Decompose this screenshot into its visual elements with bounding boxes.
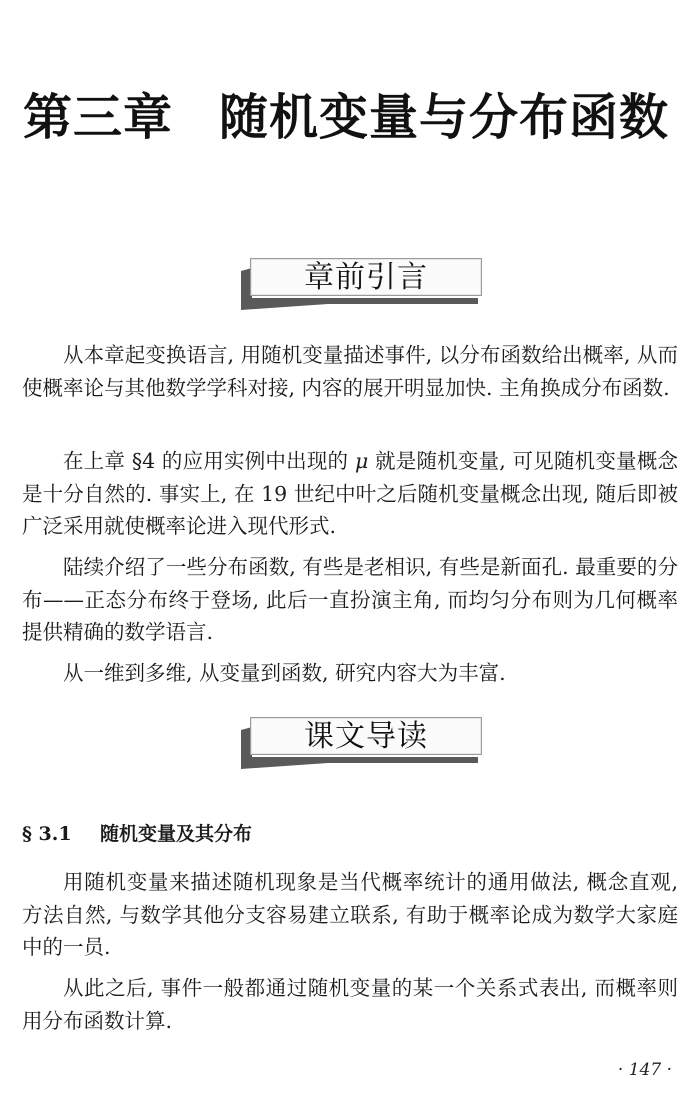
banner-chapter-intro: 章前引言 <box>238 258 486 318</box>
intro-paragraph: 从一维到多维, 从变量到函数, 研究内容大为丰富. <box>22 657 678 690</box>
banner-label: 章前引言 <box>250 258 482 296</box>
banner-label: 课文导读 <box>250 717 482 755</box>
chapter-number: 第三章 <box>23 88 173 146</box>
intro-paragraph: 陆续介绍了一些分布函数, 有些是老相识, 有些是新面孔. 最重要的分布——正态分… <box>22 551 678 649</box>
section-title: 随机变量及其分布 <box>100 823 252 845</box>
chapter-title: 第三章随机变量与分布函数 <box>0 82 692 152</box>
section-heading: § 3.1随机变量及其分布 <box>22 820 252 848</box>
section-paragraph: 用随机变量来描述随机现象是当代概率统计的通用做法, 概念直观, 方法自然, 与数… <box>22 866 678 964</box>
math-symbol-mu: μ <box>355 449 368 473</box>
intro-paragraph: 从本章起变换语言, 用随机变量描述事件, 以分布函数给出概率, 从而使概率论与其… <box>22 339 678 404</box>
page-number: · 147 · <box>618 1060 672 1080</box>
text-run: 在上章 §4 的应用实例中出现的 <box>63 449 355 473</box>
chapter-name: 随机变量与分布函数 <box>219 88 669 146</box>
section-paragraph: 从此之后, 事件一般都通过随机变量的某一个关系式表出, 而概率则用分布函数计算. <box>22 972 678 1037</box>
intro-paragraph: 在上章 §4 的应用实例中出现的 μ 就是随机变量, 可见随机变量概念是十分自然… <box>22 445 678 543</box>
banner-lesson-guide: 课文导读 <box>238 717 486 777</box>
section-number: § 3.1 <box>22 820 100 848</box>
